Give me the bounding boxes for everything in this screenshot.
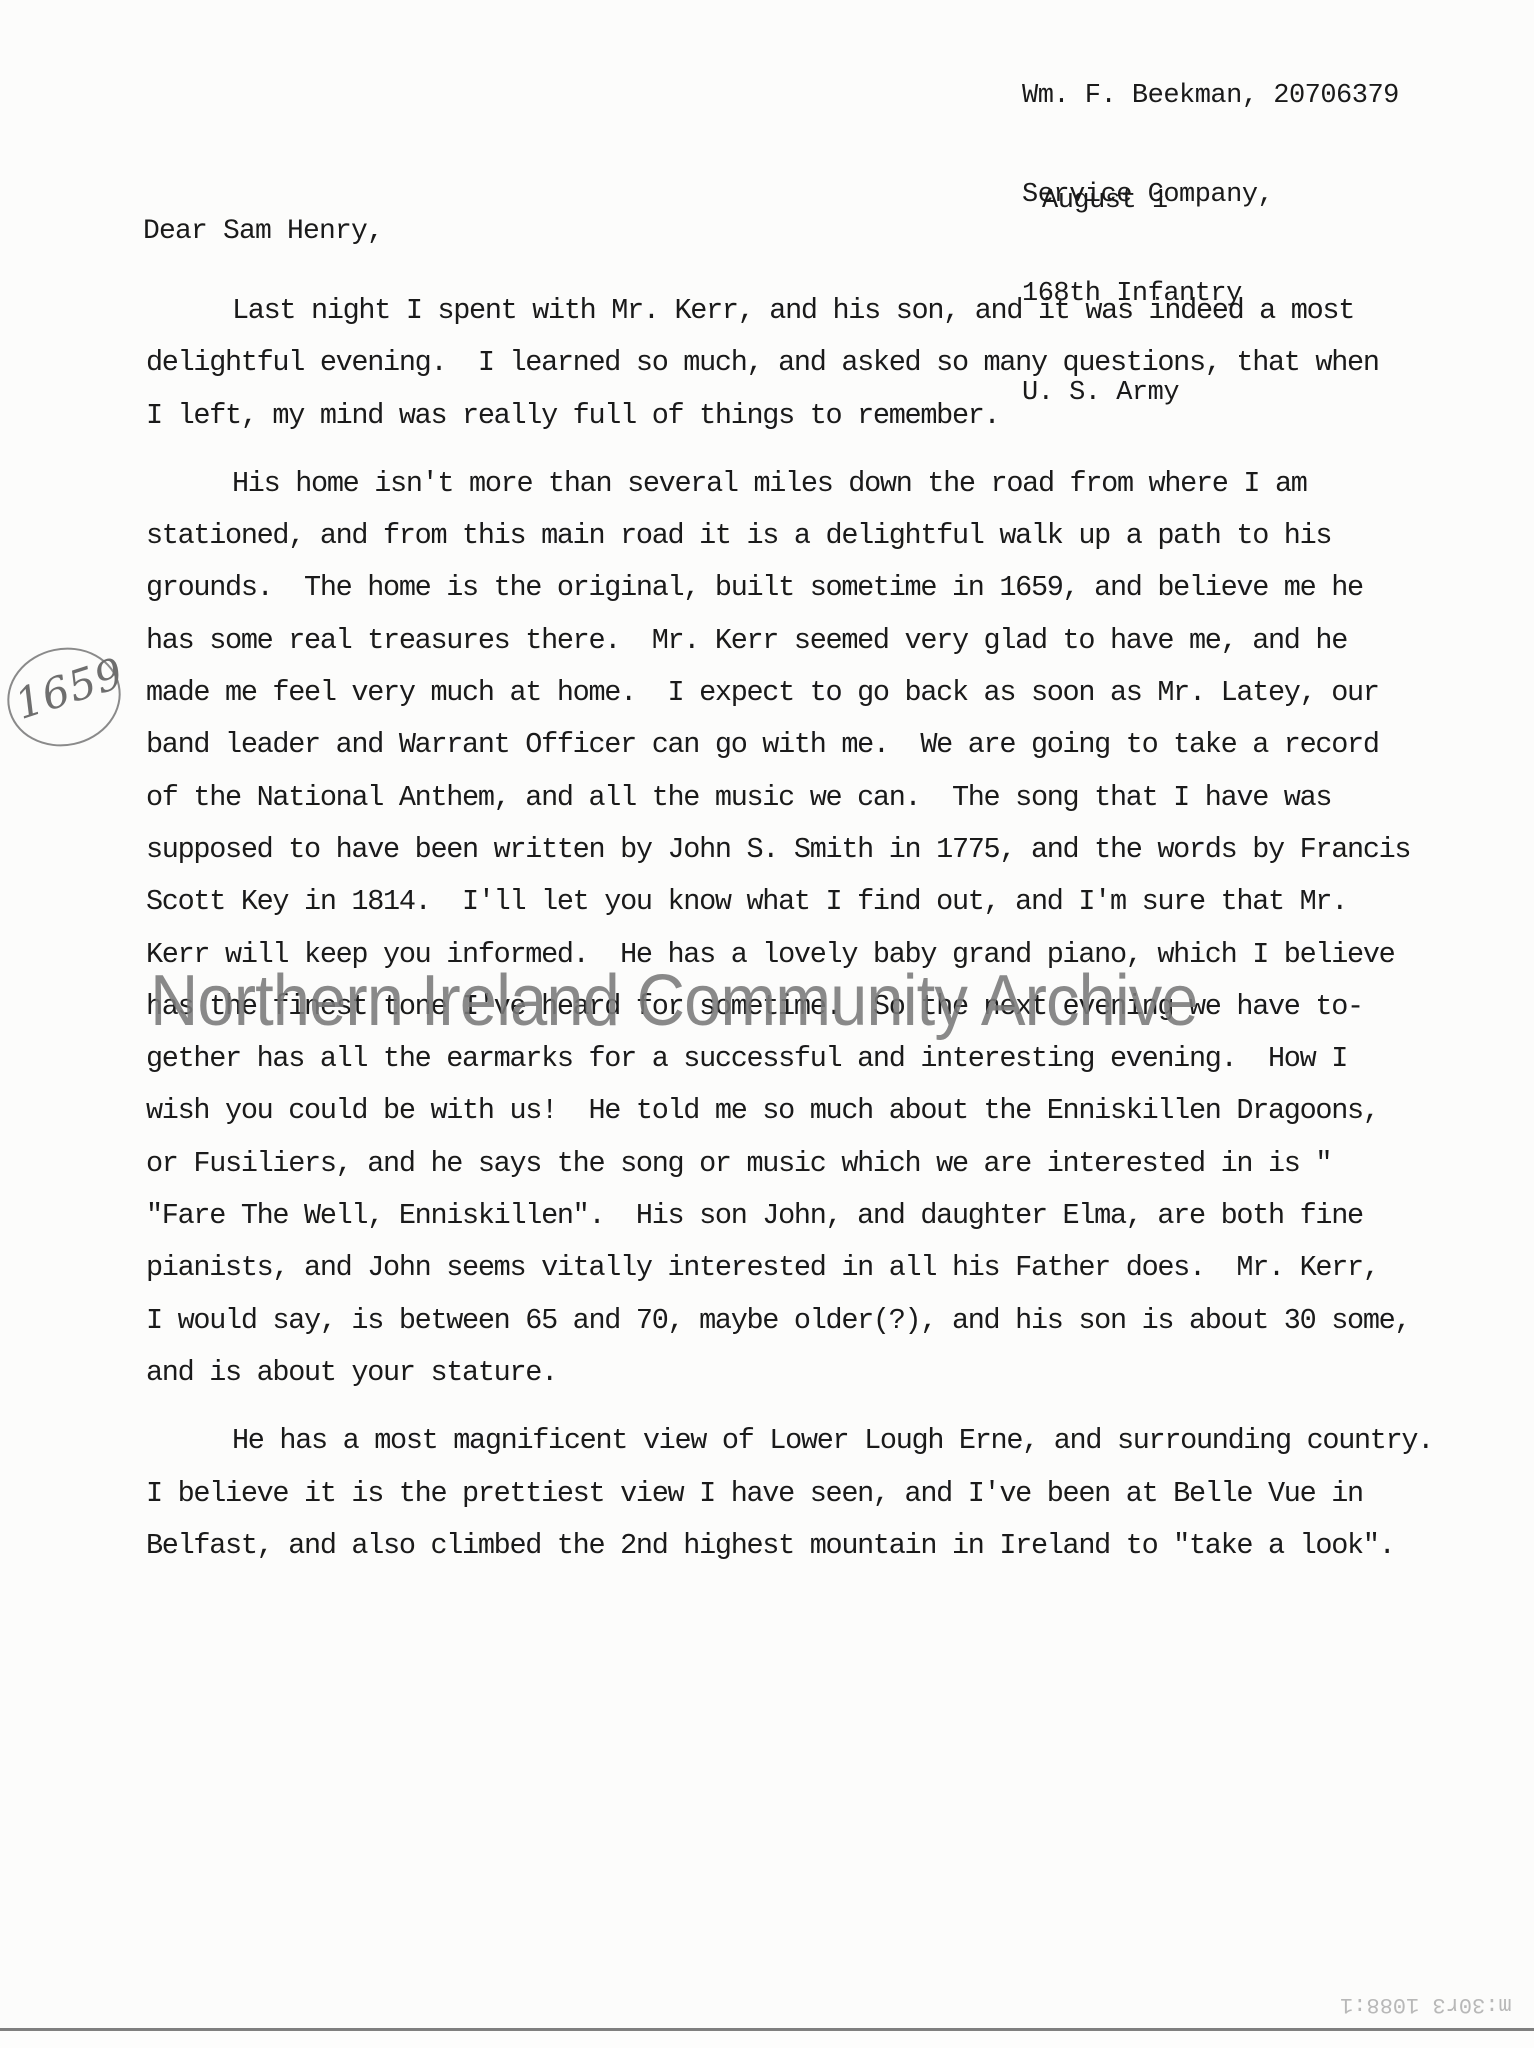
body-line: "Fare The Well, Enniskillen". His son Jo… [146,1190,1534,1242]
body-line: has the finest tone I've heard for somet… [146,981,1534,1033]
body-line: I would say, is between 65 and 70, maybe… [146,1295,1534,1347]
body-line: made me feel very much at home. I expect… [146,667,1534,719]
body-line: and is about your stature. [146,1347,1534,1399]
body-line: supposed to have been written by John S.… [146,824,1534,876]
letter-body: Last night I spent with Mr. Kerr, and hi… [146,285,1534,1572]
body-line: grounds. The home is the original, built… [146,562,1534,614]
body-line: I left, my mind was really full of thing… [146,390,1534,442]
bleed-through-text: m:30r3 1088:1 [1340,1992,1512,2017]
body-line: Scott Key in 1814. I'll let you know wha… [146,876,1534,928]
body-line: stationed, and from this main road it is… [146,510,1534,562]
body-line: has some real treasures there. Mr. Kerr … [146,615,1534,667]
body-line: of the National Anthem, and all the musi… [146,772,1534,824]
body-line: gether has all the earmarks for a succes… [146,1033,1534,1085]
page-bottom-edge [0,2028,1534,2031]
body-line: I believe it is the prettiest view I hav… [146,1468,1534,1520]
body-line: band leader and Warrant Officer can go w… [146,719,1534,771]
salutation: Dear Sam Henry, [143,216,383,247]
body-line: Last night I spent with Mr. Kerr, and hi… [146,285,1534,337]
letter-date: August 1 [1042,186,1168,216]
body-line: His home isn't more than several miles d… [146,458,1534,510]
body-line: or Fusiliers, and he says the song or mu… [146,1138,1534,1190]
body-line: wish you could be with us! He told me so… [146,1085,1534,1137]
body-line: Belfast, and also climbed the 2nd highes… [146,1520,1534,1572]
margin-annotation: 1659 [0,642,126,752]
paragraph-gap [146,442,1534,458]
letter-page: Wm. F. Beekman, 20706379 Service Company… [0,0,1534,2030]
body-line: pianists, and John seems vitally interes… [146,1242,1534,1294]
sender-name: Wm. F. Beekman, 20706379 [1022,80,1399,113]
body-line: He has a most magnificent view of Lower … [146,1415,1534,1467]
body-line: delightful evening. I learned so much, a… [146,337,1534,389]
body-line: Kerr will keep you informed. He has a lo… [146,929,1534,981]
paragraph-gap [146,1399,1534,1415]
